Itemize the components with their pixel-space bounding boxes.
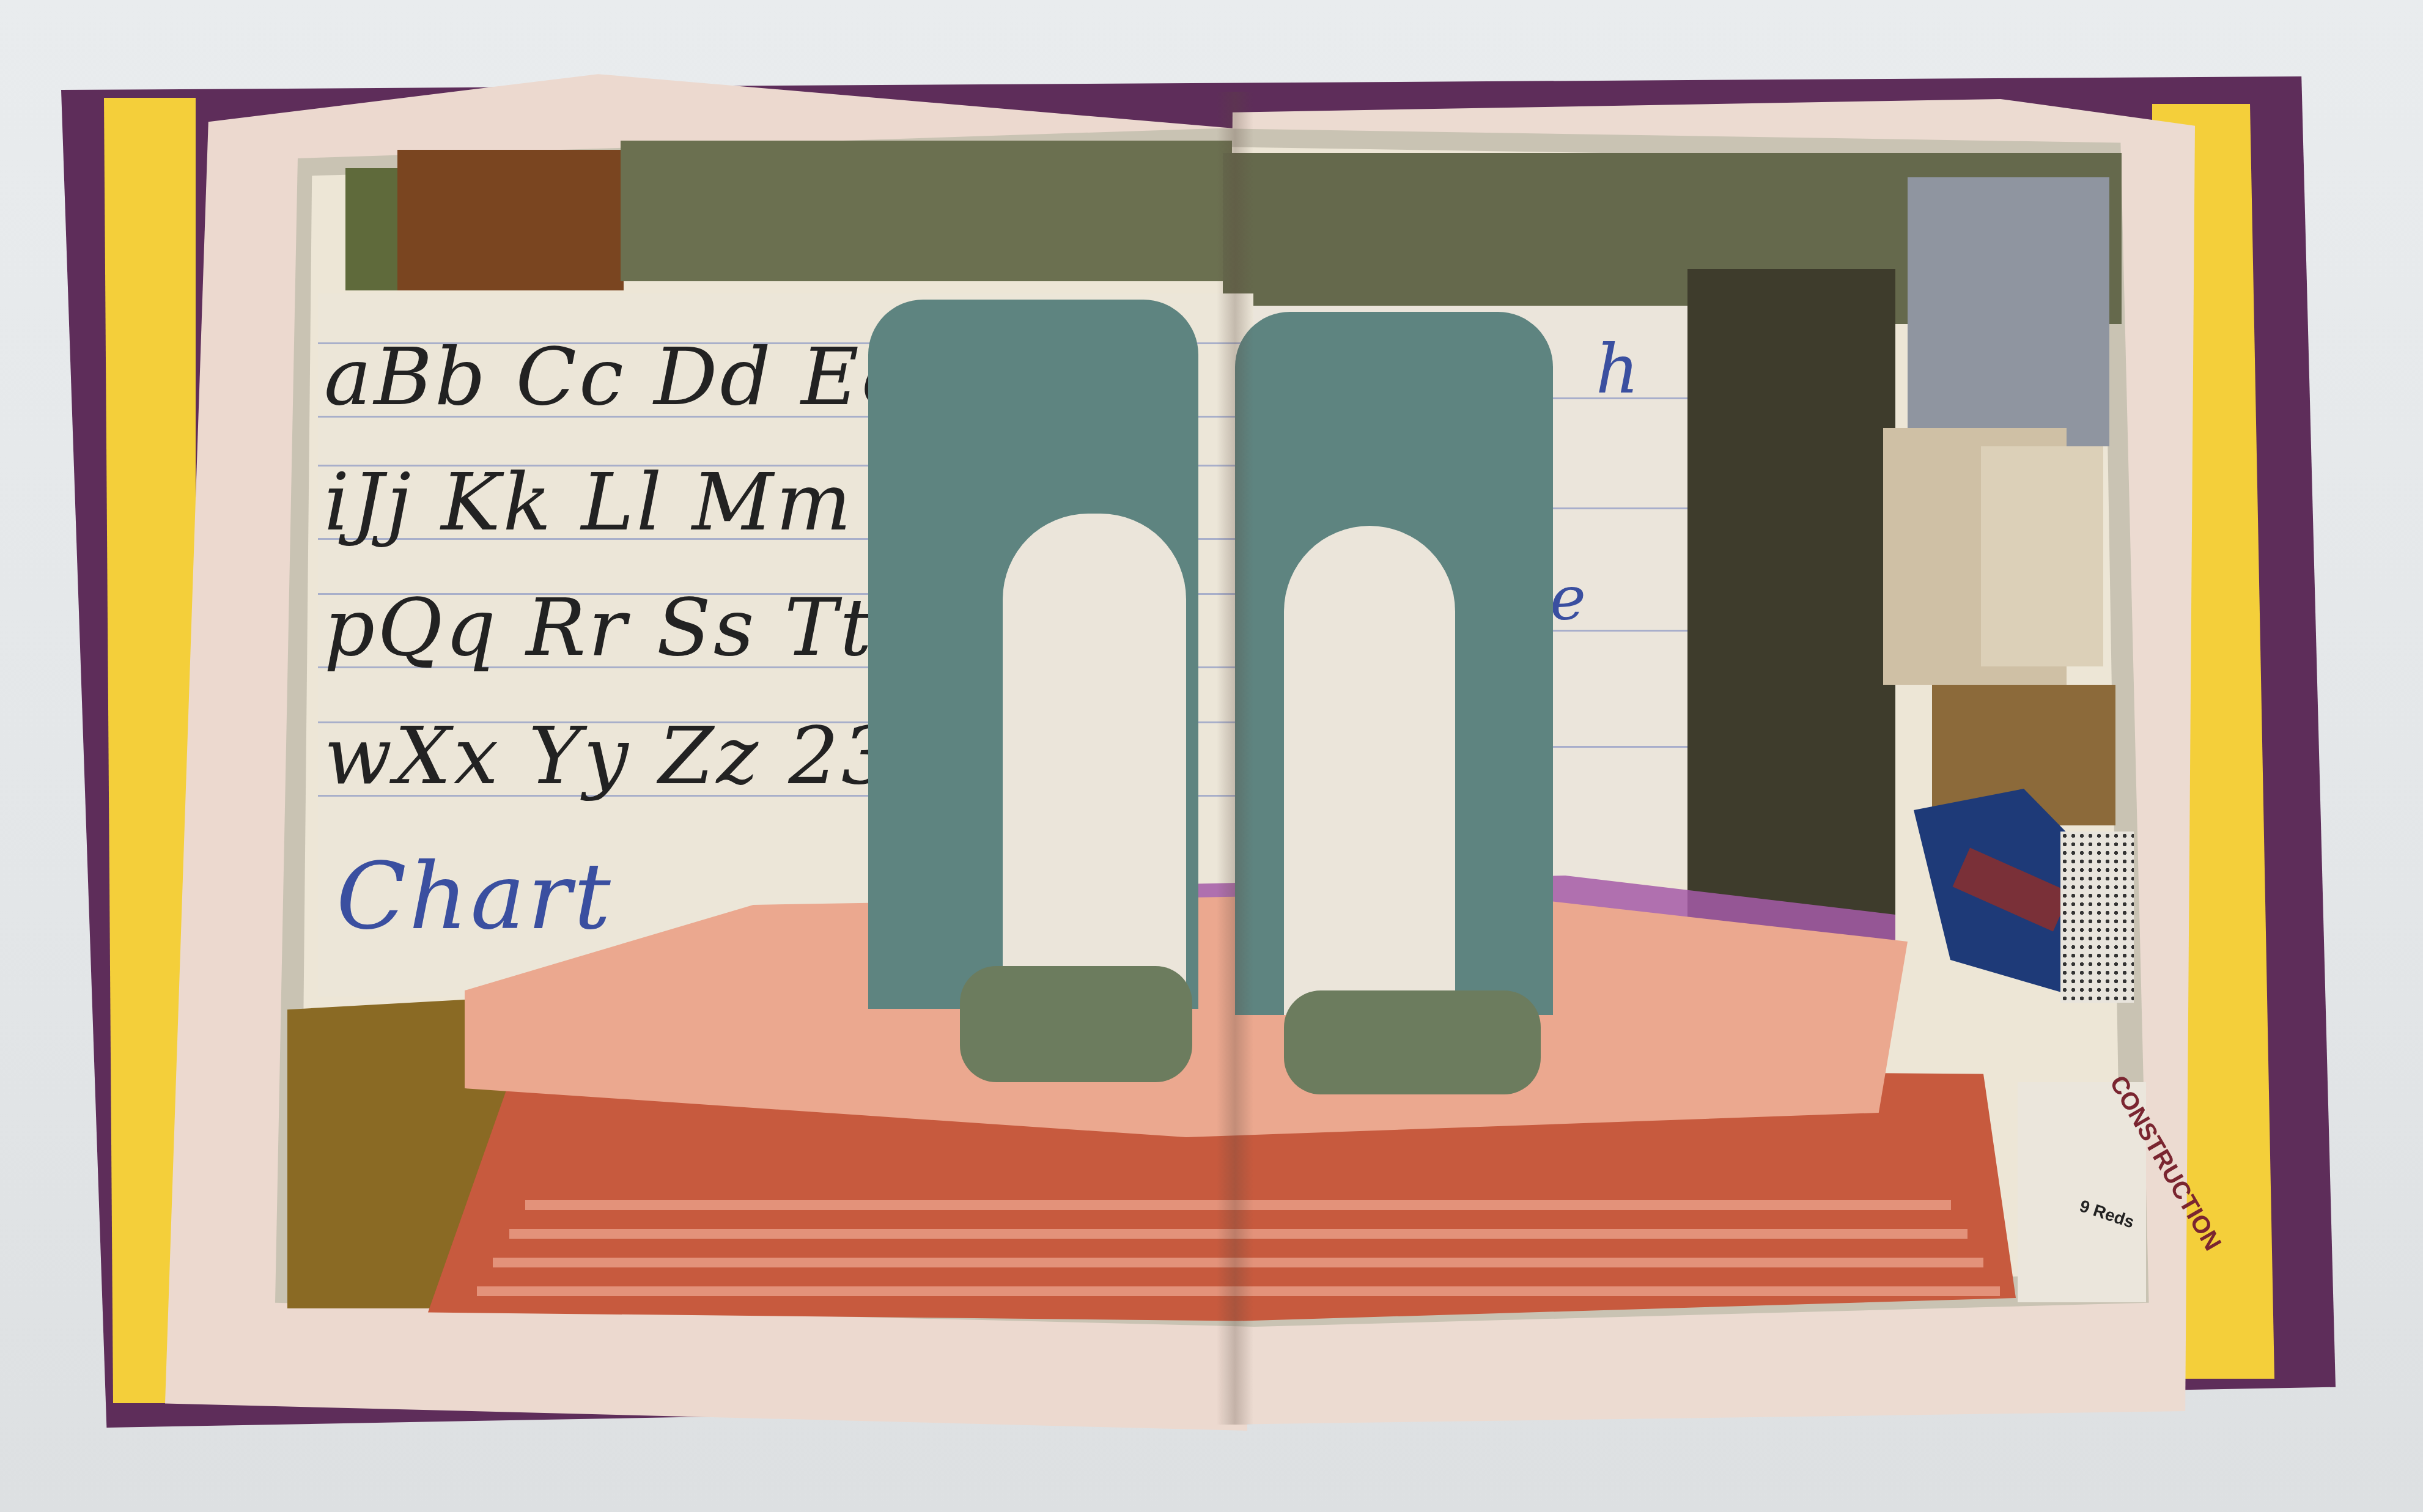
gray-block: [1908, 177, 2109, 446]
dark-background-panel: [1687, 269, 1895, 942]
green-strip: [621, 141, 1232, 281]
cursive-row: h: [1596, 330, 1642, 408]
chart-title: Chart: [336, 844, 613, 950]
bookend-right-foot: [1284, 990, 1541, 1094]
bookend-left-foot: [960, 966, 1192, 1082]
bookend-right-arch: [1284, 526, 1455, 1015]
brown-strip: [397, 150, 624, 290]
book-gutter-shadow: [1217, 92, 1253, 1425]
beige-box: [1981, 446, 2103, 666]
cursive-row: iJj Kk Ll Mm: [324, 455, 854, 548]
halftone-pattern: [2060, 832, 2134, 1003]
bookend-left-arch: [1003, 514, 1186, 1003]
cursive-row: aBb Cc Dd Ee: [324, 330, 911, 423]
green-strip-left: [345, 168, 400, 290]
